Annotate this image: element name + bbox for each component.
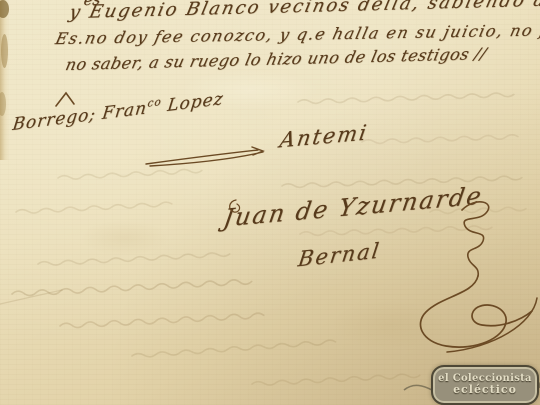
manuscript-photo: es y Eugenio Blanco vecinos della, sabie… bbox=[0, 0, 540, 405]
bleedthrough-marks bbox=[0, 92, 526, 386]
watermark-badge: el Coleccionista ecléctico bbox=[431, 365, 539, 405]
rubric-knot bbox=[462, 202, 489, 276]
dash-flourish bbox=[146, 147, 263, 166]
small-loop-mark bbox=[230, 200, 240, 212]
caret-mark bbox=[56, 93, 74, 106]
watermark-text-line2: ecléctico bbox=[453, 384, 517, 395]
rubric-loop bbox=[420, 276, 532, 347]
ink-flourishes bbox=[0, 0, 540, 405]
